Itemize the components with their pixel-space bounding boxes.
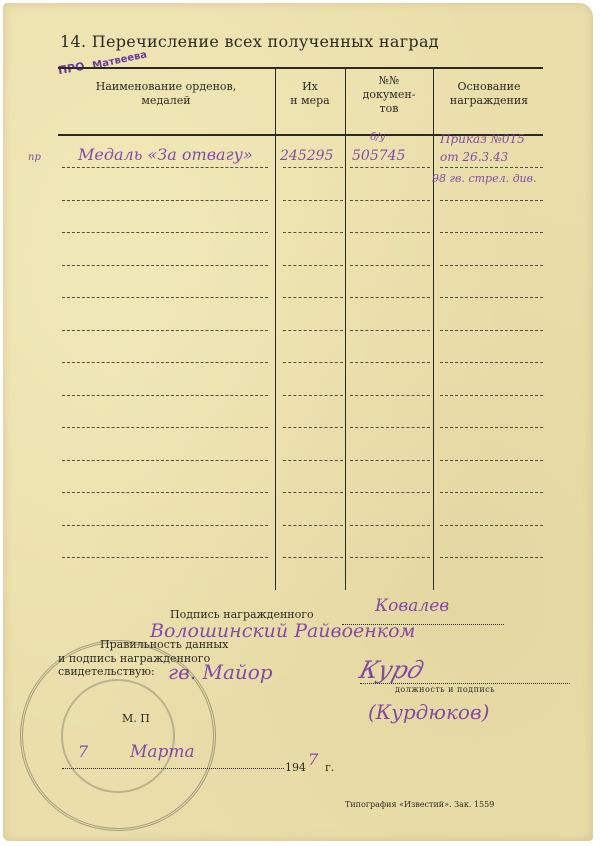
- row-rule: [283, 557, 343, 559]
- basis-line1-entry: Приказ №015: [440, 132, 525, 146]
- header-award-name: Наименование орденов, медалей: [60, 80, 272, 108]
- official-seal: [20, 640, 216, 831]
- row-rule: [440, 427, 543, 429]
- row-rule: [440, 330, 543, 332]
- header-number-line1: Их: [277, 80, 343, 94]
- row-rule: [440, 200, 543, 202]
- position-caption: должность и подпись: [395, 685, 495, 694]
- column-divider-1: [275, 69, 276, 590]
- row-rule: [350, 200, 430, 202]
- row-rule: [440, 167, 543, 169]
- column-divider-2: [345, 69, 346, 590]
- row-rule: [283, 492, 343, 494]
- row-rule: [440, 395, 543, 397]
- row-rule: [62, 330, 268, 332]
- date-month: Марта: [130, 742, 195, 762]
- basis-line3-entry: 98 гв. стрел. див.: [432, 172, 537, 185]
- award-number-entry: 245295: [280, 148, 333, 164]
- row-rule: [350, 395, 430, 397]
- row-rule: [350, 265, 430, 267]
- row-rule: [283, 232, 343, 234]
- row-rule: [350, 167, 430, 169]
- row-rule: [350, 232, 430, 234]
- row-rule: [350, 330, 430, 332]
- printer-imprint: Типография «Известий». Зак. 1559: [345, 800, 494, 809]
- row-rule: [440, 265, 543, 267]
- row-rule: [283, 362, 343, 364]
- header-documents-line2: докумен-: [347, 88, 431, 102]
- date-year-prefix: 194: [285, 761, 306, 774]
- row-rule: [62, 297, 268, 299]
- row-rule: [283, 200, 343, 202]
- row-rule: [440, 362, 543, 364]
- date-line: [62, 768, 284, 770]
- row-rule: [350, 460, 430, 462]
- date-day: 7: [78, 742, 88, 761]
- row-rule: [350, 362, 430, 364]
- row-rule: [62, 460, 268, 462]
- header-basis-line1: Основание: [435, 80, 543, 94]
- row-rule: [62, 525, 268, 527]
- date-year-unit: г.: [325, 761, 334, 774]
- row-rule: [350, 427, 430, 429]
- row-rule: [283, 297, 343, 299]
- row-rule: [62, 232, 268, 234]
- row-rule: [283, 460, 343, 462]
- row-rule: [440, 525, 543, 527]
- row-rule: [62, 427, 268, 429]
- row-rule: [350, 525, 430, 527]
- row-rule: [283, 525, 343, 527]
- column-divider-3: [433, 69, 434, 590]
- row-rule: [440, 557, 543, 559]
- table-top-rule: [58, 67, 543, 69]
- certifier-name: (Курдюков): [368, 700, 489, 724]
- row-rule: [62, 200, 268, 202]
- header-basis-line2: награждения: [435, 94, 543, 108]
- basis-line2-entry: от 26.3.43: [440, 150, 508, 164]
- header-number-line2: н мера: [277, 94, 343, 108]
- row-rule: [283, 330, 343, 332]
- row-rule: [350, 492, 430, 494]
- recipient-signature: Ковалев: [375, 596, 449, 616]
- row-rule: [62, 362, 268, 364]
- header-documents: №№ докумен- тов: [347, 74, 431, 116]
- certifier-line1: Волошинский Райвоенком: [150, 620, 415, 642]
- section-title: 14. Перечисление всех полученных наград: [60, 32, 439, 51]
- certifier-signature: Курд: [356, 656, 427, 684]
- row-rule: [440, 492, 543, 494]
- award-name-entry: Медаль «За отвагу»: [78, 145, 253, 164]
- header-documents-line3: тов: [347, 102, 431, 116]
- row-rule: [283, 395, 343, 397]
- document-number-entry: 505745: [352, 148, 405, 164]
- header-award-line1: Наименование орденов,: [60, 80, 272, 94]
- header-number: Их н мера: [277, 80, 343, 108]
- row-rule: [350, 297, 430, 299]
- row-rule: [283, 265, 343, 267]
- row-rule: [62, 167, 268, 169]
- row-rule: [440, 297, 543, 299]
- row-rule: [440, 460, 543, 462]
- row-rule: [62, 557, 268, 559]
- date-year-suffix: 7: [308, 750, 318, 769]
- seal-label: М. П: [122, 712, 150, 725]
- margin-mark: пр: [28, 152, 41, 163]
- row-rule: [283, 167, 343, 169]
- seal-emblem: [61, 679, 175, 793]
- row-rule: [283, 427, 343, 429]
- row-rule: [350, 557, 430, 559]
- header-award-line2: медалей: [60, 94, 272, 108]
- header-documents-line1: №№: [347, 74, 431, 88]
- row-rule: [62, 265, 268, 267]
- document-prefix-entry: б/у: [370, 132, 385, 143]
- row-rule: [62, 395, 268, 397]
- header-basis: Основание награждения: [435, 80, 543, 108]
- row-rule: [440, 232, 543, 234]
- row-rule: [62, 492, 268, 494]
